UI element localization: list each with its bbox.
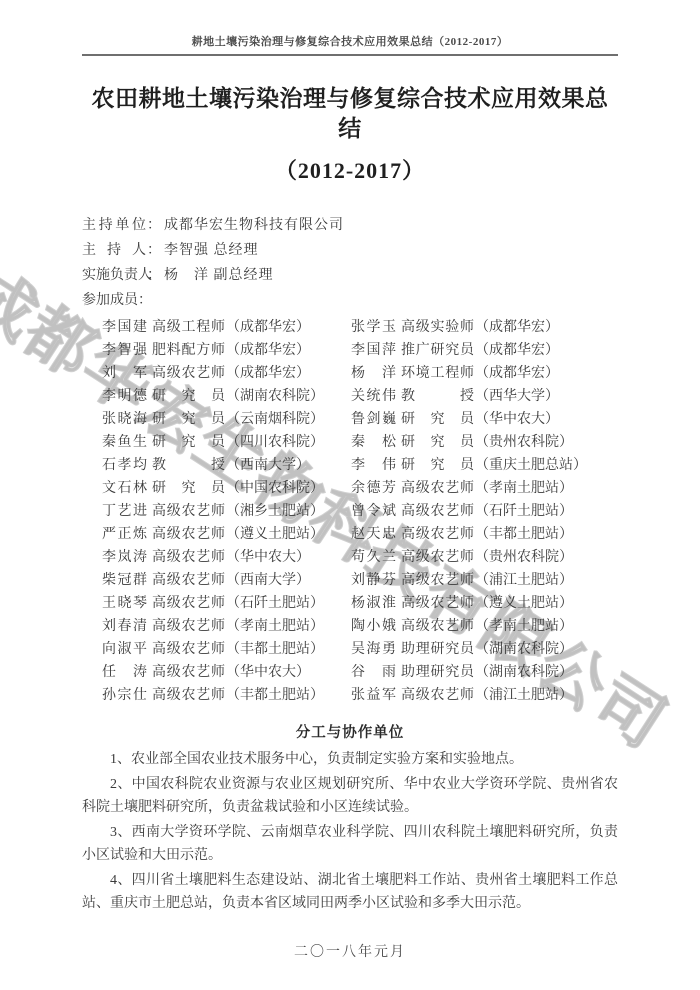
member-title: 研究员 [401,431,474,454]
member-title: 高级农艺师 [401,523,474,546]
member-name: 向淑平 [102,638,147,661]
paragraph: 2、中国农科院农业资源与农业区规划研究所、华中农业大学资环学院、贵州省农科院土壤… [82,773,618,819]
member-title: 高级工程师 [152,316,225,339]
member-name: 关统伟 [351,385,396,408]
member-title: 高级农艺师 [152,615,225,638]
member-title: 高级农艺师 [401,477,474,500]
field-colon: ： [147,238,161,263]
paragraph: 1、农业部全国农业技术服务中心，负责制定实验方案和实验地点。 [82,748,618,771]
member-name: 秦鱼生 [102,431,147,454]
member-row: 李伟研究员（重庆土肥总站） [351,454,618,477]
field-colon: ： [147,213,161,238]
member-row: 丁艺进高级农艺师（湘乡土肥站） [102,500,351,523]
member-organization: （石阡土肥站） [226,596,324,611]
document-page: 成都华宏生物科技有限公司 耕地土壤污染治理与修复综合技术应用效果总结（2012-… [0,0,700,990]
member-row: 张益军高级农艺师（浦江土肥站） [351,684,618,707]
member-organization: （丰都土肥站） [226,688,324,703]
member-organization: （成都华宏） [226,343,310,358]
member-name: 孙宗仕 [102,684,147,707]
info-field-row: 主持人：李智强 总经理 [82,238,618,263]
member-title: 高级农艺师 [152,523,225,546]
member-title: 助理研究员 [401,638,474,661]
member-row: 秦鱼生研究员（四川农科院） [102,431,351,454]
document-title-years: （2012-2017） [82,154,618,185]
member-title: 研究员 [152,477,225,500]
member-row: 文石林研究员（中国农科院） [102,477,351,500]
member-row: 刘军高级农艺师（成都华宏） [102,362,351,385]
member-row: 关统伟教授（西华大学） [351,385,618,408]
info-fields: 主持单位：成都华宏生物科技有限公司 主持人：李智强 总经理 实施负责人：杨 洋 … [82,213,618,288]
member-row: 孙宗仕高级农艺师（丰都土肥站） [102,684,351,707]
member-organization: （贵州农科院） [475,550,573,565]
member-name: 刘春清 [102,615,147,638]
member-name: 张学玉 [351,316,396,339]
member-row: 刘静芬高级农艺师（浦江土肥站） [351,569,618,592]
member-row: 秦松研究员（贵州农科院） [351,431,618,454]
member-organization: （重庆土肥总站） [475,458,587,473]
member-row: 杨淑淮高级农艺师（遵义土肥站） [351,592,618,615]
member-title: 高级农艺师 [152,569,225,592]
member-title: 研究员 [152,385,225,408]
member-title: 研究员 [152,431,225,454]
page-content: 耕地土壤污染治理与修复综合技术应用效果总结（2012-2017） 农田耕地土壤污… [0,0,700,961]
member-title: 高级农艺师 [152,592,225,615]
member-organization: （湖南农科院） [226,389,324,404]
member-name: 刘军 [102,362,147,385]
field-label: 主持单位 [82,213,146,238]
member-organization: （湘乡土肥站） [226,504,324,519]
member-organization: （浦江土肥站） [475,573,573,588]
member-organization: （成都华宏） [475,320,559,335]
member-name: 任涛 [102,661,147,684]
member-name: 李国建 [102,316,147,339]
member-name: 王晓琴 [102,592,147,615]
member-title: 助理研究员 [401,661,474,684]
info-field-row: 主持单位：成都华宏生物科技有限公司 [82,213,618,238]
member-row: 张学玉高级实验师（成都华宏） [351,316,618,339]
members-column-left: 李国建高级工程师（成都华宏） 李智强肥料配方师（成都华宏） 刘军高级农艺师（成都… [102,316,351,707]
member-organization: （西华大学） [475,389,559,404]
member-organization: （云南烟科院） [226,412,324,427]
member-title: 高级农艺师 [152,684,225,707]
member-title: 教授 [401,385,474,408]
member-row: 赵天忠高级农艺师（丰都土肥站） [351,523,618,546]
member-organization: （成都华宏） [226,320,310,335]
member-organization: （四川农科院） [226,435,324,450]
member-name: 李明德 [102,385,147,408]
member-row: 苟久兰高级农艺师（贵州农科院） [351,546,618,569]
member-row: 李岚涛高级农艺师（华中农大） [102,546,351,569]
field-value: 李智强 总经理 [164,243,259,258]
member-row: 余德芳高级农艺师（孝南土肥站） [351,477,618,500]
member-title: 高级农艺师 [401,615,474,638]
member-title: 高级农艺师 [152,546,225,569]
member-row: 曾令斌高级农艺师（石阡土肥站） [351,500,618,523]
member-name: 曾令斌 [351,500,396,523]
member-organization: （华中农大） [475,412,559,427]
document-date: 二〇一八年元月 [82,941,618,961]
paragraph: 3、西南大学资环学院、云南烟草农业科学院、四川农科院土壤肥料研究所，负责小区试验… [82,821,618,867]
member-title: 高级农艺师 [152,661,225,684]
member-name: 李国萍 [351,339,396,362]
member-row: 王晓琴高级农艺师（石阡土肥站） [102,592,351,615]
member-organization: （孝南土肥站） [475,481,573,496]
field-colon: ： [147,263,161,288]
member-name: 严正炼 [102,523,147,546]
member-row: 李明德研究员（湖南农科院） [102,385,351,408]
info-field-row: 实施负责人：杨 洋 副总经理 [82,263,618,288]
member-row: 李智强肥料配方师（成都华宏） [102,339,351,362]
member-organization: （成都华宏） [475,366,559,381]
member-row: 谷雨助理研究员（湖南农科院） [351,661,618,684]
members-label: 参加成员： [82,288,618,313]
member-name: 柴冠群 [102,569,147,592]
member-name: 李岚涛 [102,546,147,569]
member-organization: （浦江土肥站） [475,688,573,703]
collaboration-paragraphs: 1、农业部全国农业技术服务中心，负责制定实验方案和实验地点。 2、中国农科院农业… [82,748,618,915]
field-label: 实施负责人 [82,263,146,288]
members-column-right: 张学玉高级实验师（成都华宏） 李国萍推广研究员（成都华宏） 杨洋环境工程师（成都… [351,316,618,707]
member-row: 鲁剑巍研究员（华中农大） [351,408,618,431]
member-title: 高级农艺师 [401,569,474,592]
member-row: 任涛高级农艺师（华中农大） [102,661,351,684]
member-organization: （成都华宏） [226,366,310,381]
member-title: 研究员 [152,408,225,431]
member-row: 石孝均教授（西南大学） [102,454,351,477]
member-organization: （丰都土肥站） [475,527,573,542]
member-title: 高级农艺师 [401,684,474,707]
section-title: 分工与协作单位 [82,721,618,742]
member-organization: （孝南土肥站） [226,619,324,634]
member-organization: （西南大学） [226,458,310,473]
member-name: 苟久兰 [351,546,396,569]
member-title: 高级农艺师 [401,500,474,523]
member-name: 文石林 [102,477,147,500]
member-row: 刘春清高级农艺师（孝南土肥站） [102,615,351,638]
member-name: 张益军 [351,684,396,707]
field-label: 主持人 [82,238,146,263]
member-name: 石孝均 [102,454,147,477]
member-name: 余德芳 [351,477,396,500]
member-row: 张晓海研究员（云南烟科院） [102,408,351,431]
member-name: 鲁剑巍 [351,408,396,431]
member-organization: （华中农大） [226,665,310,680]
member-title: 高级农艺师 [152,362,225,385]
member-row: 向淑平高级农艺师（丰都土肥站） [102,638,351,661]
field-value: 成都华宏生物科技有限公司 [164,218,344,233]
member-organization: （孝南土肥站） [475,619,573,634]
member-name: 赵天忠 [351,523,396,546]
member-name: 谷雨 [351,661,396,684]
member-organization: （石阡土肥站） [475,504,573,519]
member-organization: （成都华宏） [475,343,559,358]
field-value: 杨 洋 副总经理 [164,268,274,283]
member-organization: （西南大学） [226,573,310,588]
member-organization: （湖南农科院） [475,642,573,657]
member-title: 高级农艺师 [401,546,474,569]
members-list: 李国建高级工程师（成都华宏） 李智强肥料配方师（成都华宏） 刘军高级农艺师（成都… [102,316,618,707]
member-title: 环境工程师 [401,362,474,385]
member-name: 陶小娥 [351,615,396,638]
member-title: 高级农艺师 [152,500,225,523]
member-name: 杨洋 [351,362,396,385]
member-row: 柴冠群高级农艺师（西南大学） [102,569,351,592]
member-title: 教授 [152,454,225,477]
document-title: 农田耕地土壤污染治理与修复综合技术应用效果总结 [82,84,618,144]
member-organization: （贵州农科院） [475,435,573,450]
member-organization: （中国农科院） [226,481,324,496]
member-row: 杨洋环境工程师（成都华宏） [351,362,618,385]
member-name: 李伟 [351,454,396,477]
member-row: 陶小娥高级农艺师（孝南土肥站） [351,615,618,638]
member-title: 研究员 [401,408,474,431]
member-row: 吴海勇助理研究员（湖南农科院） [351,638,618,661]
member-organization: （湖南农科院） [475,665,573,680]
paragraph: 4、四川省土壤肥料生态建设站、湖北省土壤肥料工作站、贵州省土壤肥料工作总站、重庆… [82,869,618,915]
member-title: 推广研究员 [401,339,474,362]
member-row: 严正炼高级农艺师（遵义土肥站） [102,523,351,546]
member-title: 高级实验师 [401,316,474,339]
member-row: 李国萍推广研究员（成都华宏） [351,339,618,362]
member-organization: （遵义土肥站） [226,527,324,542]
member-row: 李国建高级工程师（成都华宏） [102,316,351,339]
member-organization: （遵义土肥站） [475,596,573,611]
member-name: 吴海勇 [351,638,396,661]
member-name: 杨淑淮 [351,592,396,615]
member-organization: （华中农大） [226,550,310,565]
member-name: 秦松 [351,431,396,454]
member-name: 李智强 [102,339,147,362]
member-name: 张晓海 [102,408,147,431]
member-title: 肥料配方师 [152,339,225,362]
member-title: 高级农艺师 [401,592,474,615]
member-title: 高级农艺师 [152,638,225,661]
running-header: 耕地土壤污染治理与修复综合技术应用效果总结（2012-2017） [82,0,618,56]
member-name: 丁艺进 [102,500,147,523]
member-name: 刘静芬 [351,569,396,592]
member-title: 研究员 [401,454,474,477]
member-organization: （丰都土肥站） [226,642,324,657]
